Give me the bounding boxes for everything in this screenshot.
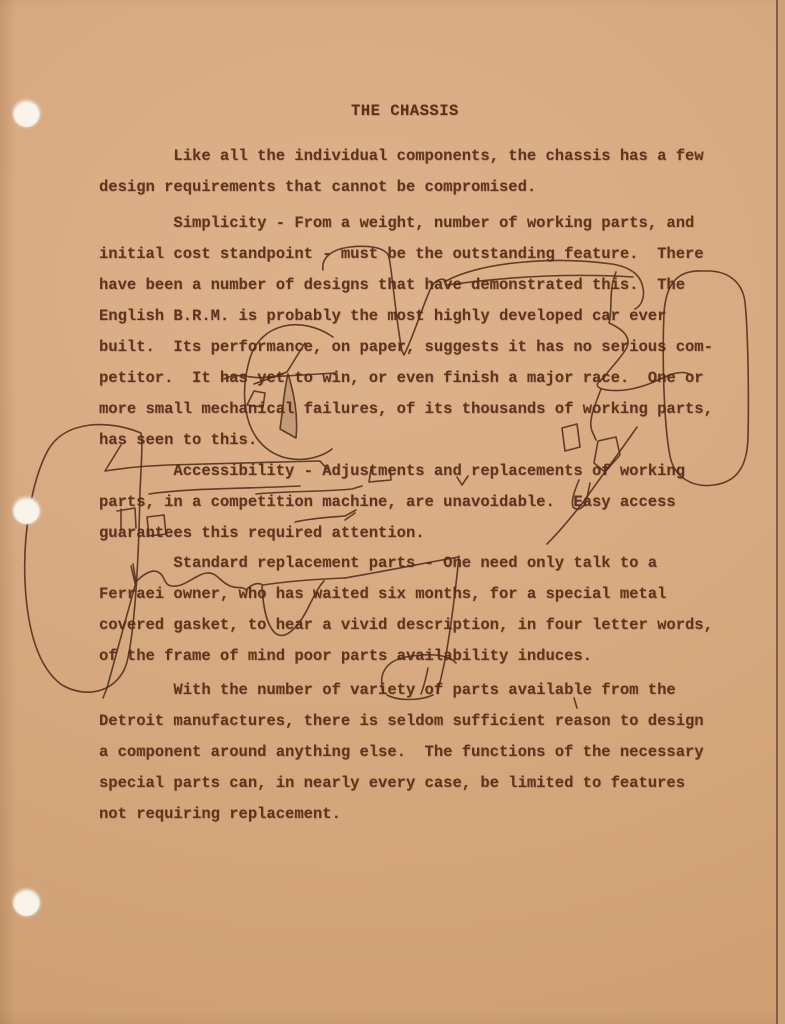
paragraph-simplicity: Simplicity - From a weight, number of wo… [99,208,713,456]
typed-line: not requiring replacement. [99,799,704,830]
paragraph-intro: Like all the individual components, the … [99,141,704,203]
typed-line: of the frame of mind poor parts availabi… [99,641,713,672]
typed-line: With the number of variety of parts avai… [99,675,704,706]
paragraph-standard-parts: Standard replacement parts - One need on… [99,548,713,672]
typed-line: initial cost standpoint - must be the ou… [99,239,713,270]
typed-line: Detroit manufactures, there is seldom su… [99,706,704,737]
typed-line: Like all the individual components, the … [99,141,704,172]
paragraph-accessibility: Accessibility - Adjustments and replacem… [99,456,685,549]
typed-line: covered gasket, to hear a vivid descript… [99,610,713,641]
typed-line: special parts can, in nearly every case,… [99,768,704,799]
typed-line: design requirements that cannot be compr… [99,172,704,203]
page-edge [776,0,785,1024]
typed-line: Standard replacement parts - One need on… [99,548,713,579]
typed-line: Ferraei owner, who has waited six months… [99,579,713,610]
typed-line: a component around anything else. The fu… [99,737,704,768]
typed-line: built. Its performance, on paper, sugges… [99,332,713,363]
punch-hole [13,889,40,916]
document-title: THE CHASSIS [351,96,459,127]
paragraph-detroit: With the number of variety of parts avai… [99,675,704,830]
typed-line: have been a number of designs that have … [99,270,713,301]
punch-hole [13,100,40,127]
typescript-text-layer: THE CHASSIS Like all the individual comp… [0,0,785,1024]
typed-line: has seen to this. [99,425,713,456]
punch-hole [13,497,40,524]
typed-line: parts, in a competition machine, are una… [99,487,685,518]
typed-line: English B.R.M. is probably the most high… [99,301,713,332]
typed-line: more small mechanical failures, of its t… [99,394,713,425]
typed-line: petitor. It has yet to win, or even fini… [99,363,713,394]
scanned-typewritten-page: THE CHASSIS Like all the individual comp… [0,0,785,1024]
typed-line: guarantees this required attention. [99,518,685,549]
typed-line: Accessibility - Adjustments and replacem… [99,456,685,487]
typed-line: Simplicity - From a weight, number of wo… [99,208,713,239]
